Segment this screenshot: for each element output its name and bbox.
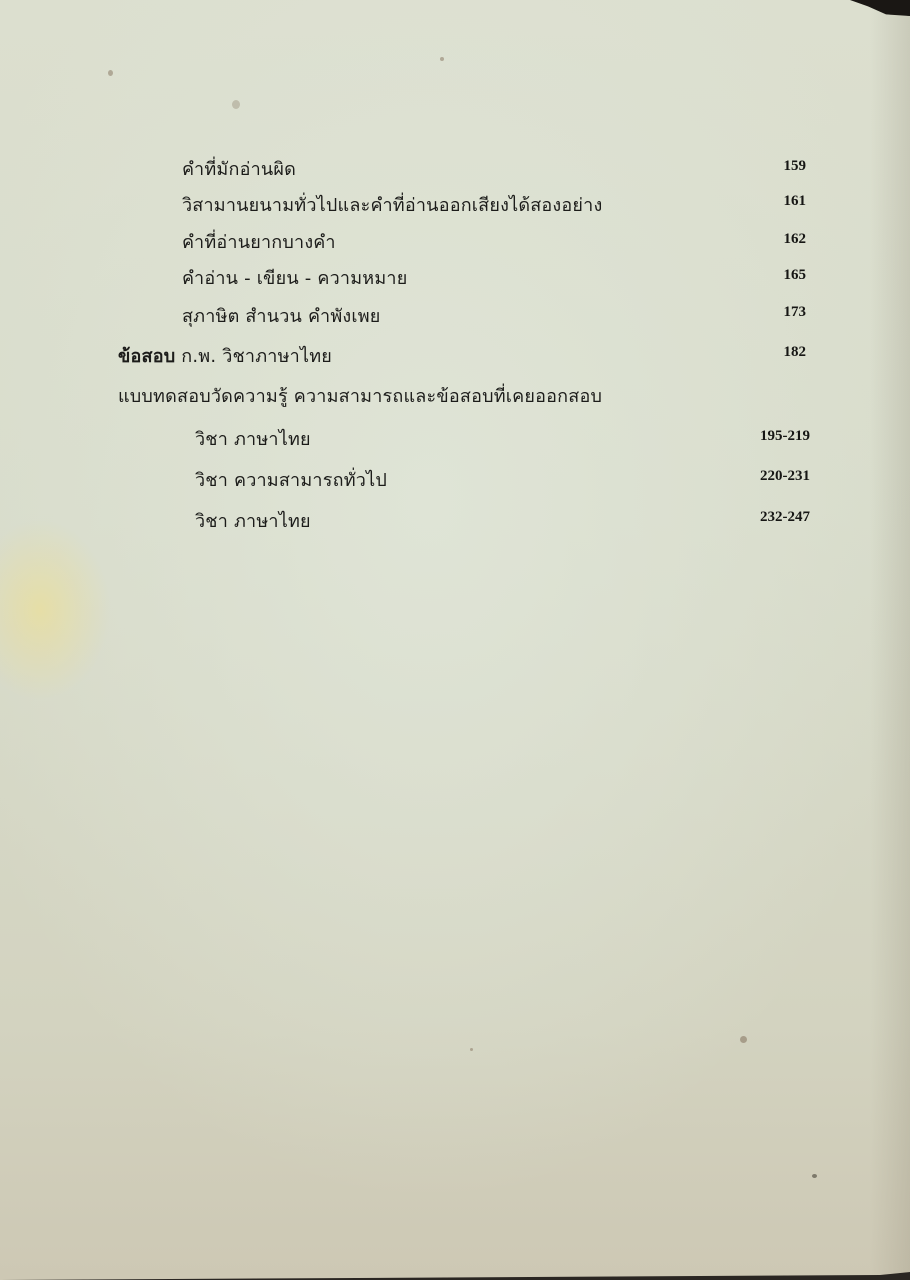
toc-entry-page: 195-219 bbox=[720, 428, 810, 445]
toc-section-entry: แบบทดสอบวัดความรู้ ความสามารถและข้อสอบที… bbox=[118, 380, 602, 410]
paper-speck bbox=[740, 1036, 747, 1043]
paper-speck bbox=[108, 70, 113, 76]
toc-entry-title: วิชา ความสามารถทั่วไป bbox=[195, 465, 387, 494]
toc-entry: คำที่มักอ่านผิด bbox=[182, 153, 296, 183]
paper-speck bbox=[470, 1048, 473, 1051]
toc-entry-title: คำที่มักอ่านผิด bbox=[182, 154, 296, 183]
toc-entry: คำอ่าน - เขียน - ความหมาย bbox=[182, 262, 407, 292]
toc-entry-title: แบบทดสอบวัดความรู้ ความสามารถและข้อสอบที… bbox=[118, 381, 602, 410]
toc-section-entry: ข้อสอบ ก.พ. วิชาภาษาไทย bbox=[118, 340, 332, 370]
paper-speck bbox=[440, 57, 444, 61]
toc-entry-title-rest: ก.พ. วิชาภาษาไทย bbox=[175, 341, 332, 370]
toc-entry-title: วิชา ภาษาไทย bbox=[195, 424, 311, 453]
page-edge-shadow bbox=[870, 0, 910, 1280]
toc-entry-page: 165 bbox=[716, 267, 806, 284]
toc-entry-title: สุภาษิต สำนวน คำพังเพย bbox=[182, 301, 381, 330]
toc-entry-page: 220-231 bbox=[720, 468, 810, 485]
toc-entry: วิชา ภาษาไทย bbox=[195, 423, 311, 453]
toc-entry: วิชา ภาษาไทย bbox=[195, 505, 311, 535]
toc-entry-title: คำที่อ่านยากบางคำ bbox=[182, 227, 336, 256]
toc-entry: วิชา ความสามารถทั่วไป bbox=[195, 464, 387, 494]
toc-entry-page: 182 bbox=[716, 344, 806, 361]
toc-entry: วิสามานยนามทั่วไปและคำที่อ่านออกเสียงได้… bbox=[182, 189, 602, 219]
toc-entry-title-bold: ข้อสอบ bbox=[118, 341, 175, 370]
toc-entry-page: 161 bbox=[716, 193, 806, 210]
toc-entry-page: 232-247 bbox=[720, 509, 810, 526]
toc-entry-page: 162 bbox=[716, 231, 806, 248]
paper-speck bbox=[812, 1174, 817, 1178]
toc-entry: คำที่อ่านยากบางคำ bbox=[182, 226, 336, 256]
toc-entry-title: วิสามานยนามทั่วไปและคำที่อ่านออกเสียงได้… bbox=[182, 190, 602, 219]
toc-entry-title: คำอ่าน - เขียน - ความหมาย bbox=[182, 263, 407, 292]
toc-entry-page: 173 bbox=[716, 304, 806, 321]
toc-entry-page: 159 bbox=[716, 158, 806, 175]
toc-entry-title: วิชา ภาษาไทย bbox=[195, 506, 311, 535]
paper-speck bbox=[232, 100, 240, 109]
toc-entry: สุภาษิต สำนวน คำพังเพย bbox=[182, 300, 381, 330]
scanned-page: คำที่มักอ่านผิด 159 วิสามานยนามทั่วไปและ… bbox=[0, 0, 910, 1280]
